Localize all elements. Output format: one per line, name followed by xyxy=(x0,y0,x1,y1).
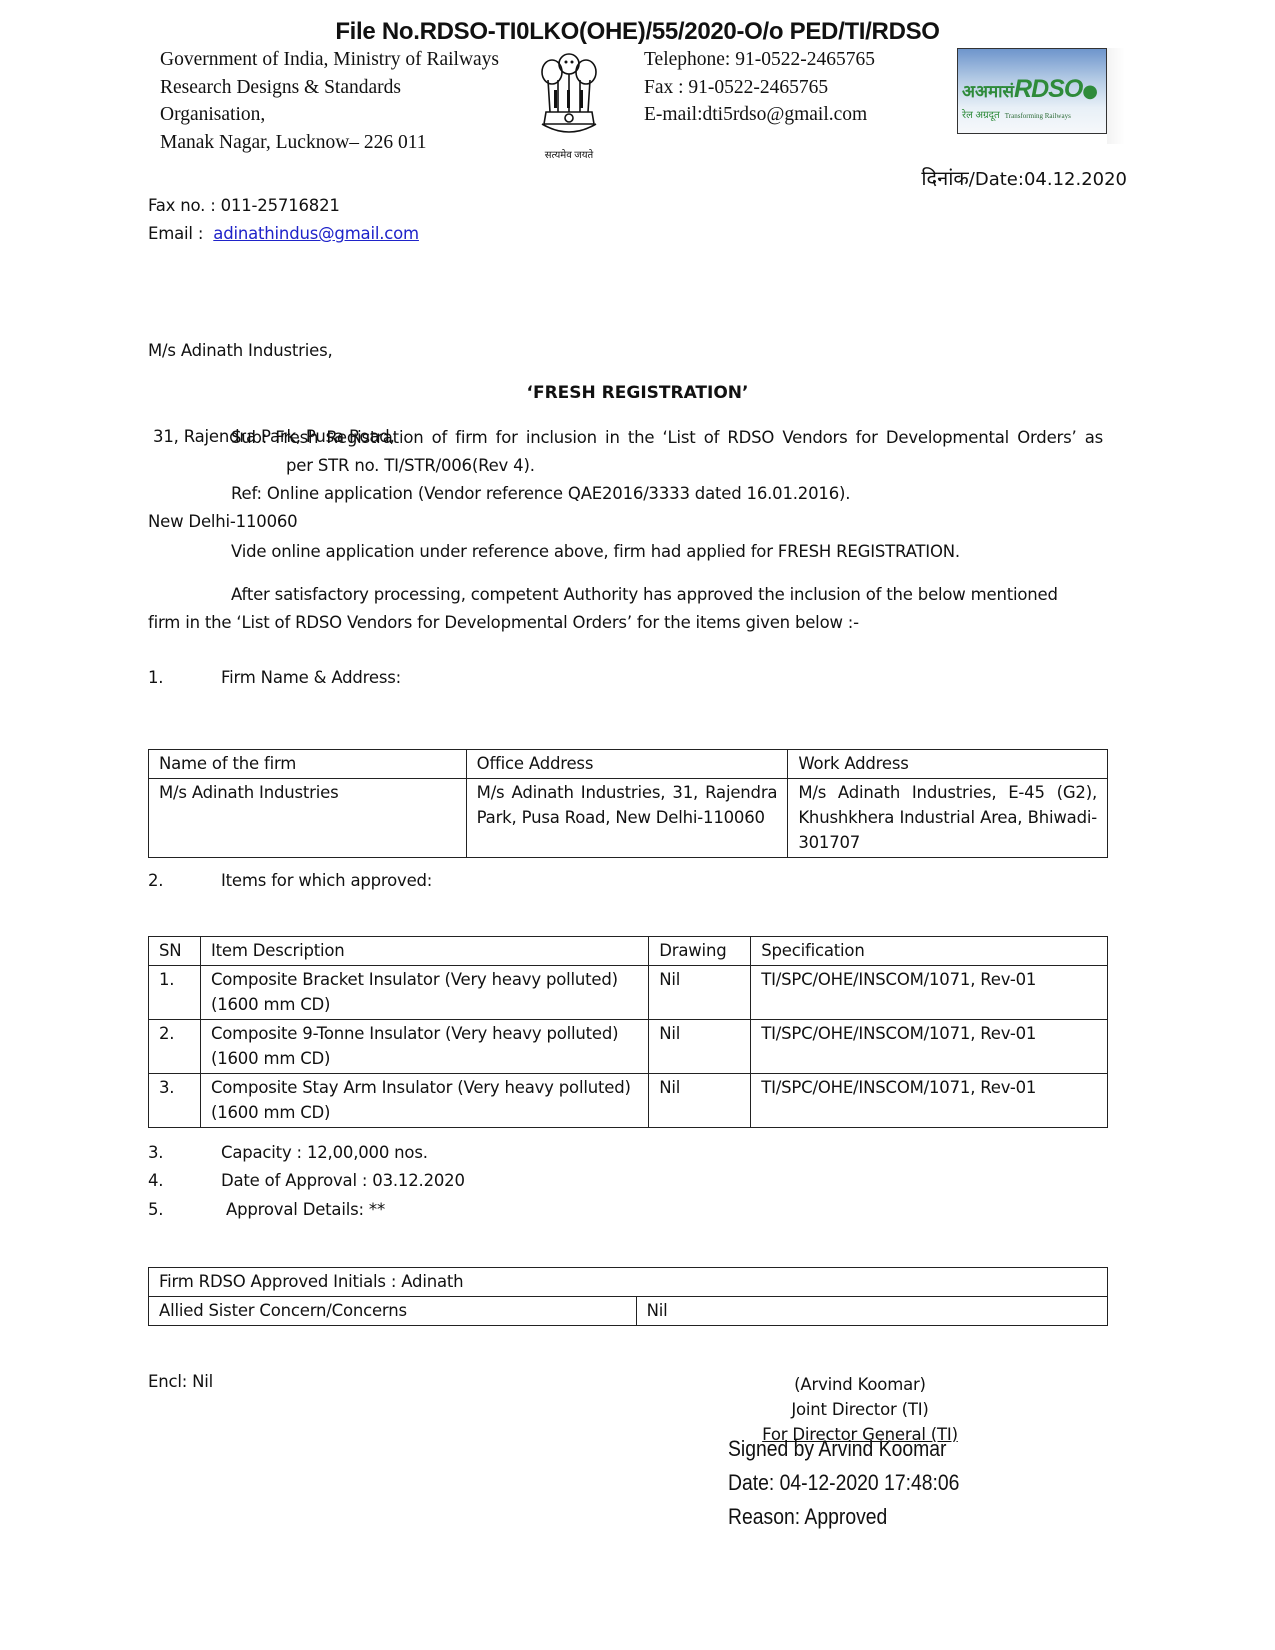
signatory-name: (Arvind Koomar) xyxy=(700,1372,1020,1397)
table-header: Specification xyxy=(751,937,1108,966)
recipient-email: Email : adinathindus@gmail.com xyxy=(148,224,419,243)
approved-initials-cell: Firm RDSO Approved Initials : Adinath xyxy=(149,1268,1108,1297)
letterhead-left: Government of India, Ministry of Railway… xyxy=(160,46,499,156)
section-5-number: 5. xyxy=(148,1200,163,1219)
section-4-number: 4. xyxy=(148,1171,163,1190)
reference-line: Ref: Online application (Vendor referenc… xyxy=(231,484,850,503)
date-label: /Date: xyxy=(969,169,1024,190)
paragraph-1: Vide online application under reference … xyxy=(231,542,960,561)
email-link[interactable]: adinathindus@gmail.com xyxy=(213,224,419,243)
table-row: 2. Composite 9-Tonne Insulator (Very hea… xyxy=(149,1020,1108,1074)
enclosure: Encl: Nil xyxy=(148,1372,213,1391)
letterhead-line: Government of India, Ministry of Railway… xyxy=(160,46,499,74)
logo-hindi: अअमासं xyxy=(962,82,1014,101)
allied-concern-label: Allied Sister Concern/Concerns xyxy=(149,1297,637,1326)
signed-by: Signed by Arvind Koomar xyxy=(728,1432,959,1466)
firm-table: Name of the firm Office Address Work Add… xyxy=(148,749,1108,858)
table-row: Allied Sister Concern/Concerns Nil xyxy=(149,1297,1108,1326)
section-1-number: 1. xyxy=(148,668,163,687)
work-address-cell: M/s Adinath Industries, E-45 (G2), Khush… xyxy=(788,779,1108,858)
recipient-address: M/s Adinath Industries, 31, Rajendra Par… xyxy=(148,280,395,565)
table-header: Name of the firm xyxy=(149,750,467,779)
letter-title: ‘FRESH REGISTRATION’ xyxy=(0,383,1275,403)
paragraph-2-line-1: After satisfactory processing, competent… xyxy=(231,585,1058,604)
signature-reason: Reason: Approved xyxy=(728,1500,959,1534)
specification-cell: TI/SPC/OHE/INSCOM/1071, Rev-01 xyxy=(751,966,1108,1020)
sn-cell: 1. xyxy=(149,966,201,1020)
signature-date: Date: 04-12-2020 17:48:06 xyxy=(728,1466,959,1500)
ashoka-emblem-icon: सत्यमेव जयते xyxy=(534,50,604,158)
subject-line: Sub: Fresh Registration of firm for incl… xyxy=(231,428,1103,447)
date-value: 04.12.2020 xyxy=(1024,169,1127,190)
rdso-logo: अअमासंRDSO● रेल अग्रदूत Transforming Rai… xyxy=(957,48,1127,144)
table-row: 1. Composite Bracket Insulator (Very hea… xyxy=(149,966,1108,1020)
fax: Fax : 91-0522-2465765 xyxy=(644,74,875,102)
firm-name-cell: M/s Adinath Industries xyxy=(149,779,467,858)
emblem-motto: सत्यमेव जयते xyxy=(534,147,604,161)
table-header: Drawing xyxy=(649,937,751,966)
item-description-cell: Composite Stay Arm Insulator (Very heavy… xyxy=(200,1074,648,1128)
address-line: New Delhi-110060 xyxy=(148,508,395,537)
specification-cell: TI/SPC/OHE/INSCOM/1071, Rev-01 xyxy=(751,1074,1108,1128)
date-label-hindi: दिनांक xyxy=(921,168,968,190)
logo-brand: RDSO xyxy=(1014,75,1082,103)
item-description-cell: Composite 9-Tonne Insulator (Very heavy … xyxy=(200,1020,648,1074)
drawing-cell: Nil xyxy=(649,1074,751,1128)
sn-cell: 2. xyxy=(149,1020,201,1074)
table-header-row: SN Item Description Drawing Specificatio… xyxy=(149,937,1108,966)
section-2-number: 2. xyxy=(148,871,163,890)
letterhead-line: Manak Nagar, Lucknow– 226 011 xyxy=(160,129,499,157)
drawing-cell: Nil xyxy=(649,966,751,1020)
table-header: SN xyxy=(149,937,201,966)
allied-concern-value: Nil xyxy=(636,1297,1107,1326)
section-2-label: Items for which approved: xyxy=(221,871,432,890)
digital-signature: Signed by Arvind Koomar Date: 04-12-2020… xyxy=(728,1432,959,1534)
table-row: Firm RDSO Approved Initials : Adinath xyxy=(149,1268,1108,1297)
table-header: Office Address xyxy=(466,750,788,779)
email-label: Email : xyxy=(148,224,213,243)
paragraph-2-line-2: firm in the ‘List of RDSO Vendors for De… xyxy=(148,613,859,632)
subject-line-2: per STR no. TI/STR/006(Rev 4). xyxy=(286,456,535,475)
table-header: Work Address xyxy=(788,750,1108,779)
approval-table: Firm RDSO Approved Initials : Adinath Al… xyxy=(148,1267,1108,1326)
date-of-approval: Date of Approval : 03.12.2020 xyxy=(221,1171,465,1190)
address-line: M/s Adinath Industries, xyxy=(148,337,395,366)
fax-label: Fax no. : xyxy=(148,196,221,215)
letterhead-right: Telephone: 91-0522-2465765 Fax : 91-0522… xyxy=(644,46,875,129)
approval-details: Approval Details: ** xyxy=(221,1200,385,1219)
section-1-label: Firm Name & Address: xyxy=(221,668,401,687)
file-number: File No.RDSO-TI0LKO(OHE)/55/2020-O/o PED… xyxy=(0,18,1275,46)
recipient-fax: Fax no. : 011-25716821 xyxy=(148,196,340,215)
fax-value: 011-25716821 xyxy=(221,196,340,215)
office-address-cell: M/s Adinath Industries, 31, Rajendra Par… xyxy=(466,779,788,858)
capacity: Capacity : 12,00,000 nos. xyxy=(221,1143,428,1162)
logo-tagline-hindi: रेल अग्रदूत xyxy=(962,110,1000,121)
table-row: 3. Composite Stay Arm Insulator (Very he… xyxy=(149,1074,1108,1128)
section-3-number: 3. xyxy=(148,1143,163,1162)
drawing-cell: Nil xyxy=(649,1020,751,1074)
email: E-mail:dti5rdso@gmail.com xyxy=(644,101,875,129)
letterhead-line: Research Designs & Standards xyxy=(160,74,499,102)
letterhead-line: Organisation, xyxy=(160,101,499,129)
signatory-designation: Joint Director (TI) xyxy=(700,1397,1020,1422)
sn-cell: 3. xyxy=(149,1074,201,1128)
letter-date: दिनांक/Date:04.12.2020 xyxy=(921,164,1127,191)
logo-tagline: Transforming Railways xyxy=(1005,112,1071,120)
items-table: SN Item Description Drawing Specificatio… xyxy=(148,936,1108,1128)
specification-cell: TI/SPC/OHE/INSCOM/1071, Rev-01 xyxy=(751,1020,1108,1074)
table-row: M/s Adinath Industries M/s Adinath Indus… xyxy=(149,779,1108,858)
table-header-row: Name of the firm Office Address Work Add… xyxy=(149,750,1108,779)
item-description-cell: Composite Bracket Insulator (Very heavy … xyxy=(200,966,648,1020)
telephone: Telephone: 91-0522-2465765 xyxy=(644,46,875,74)
table-header: Item Description xyxy=(200,937,648,966)
